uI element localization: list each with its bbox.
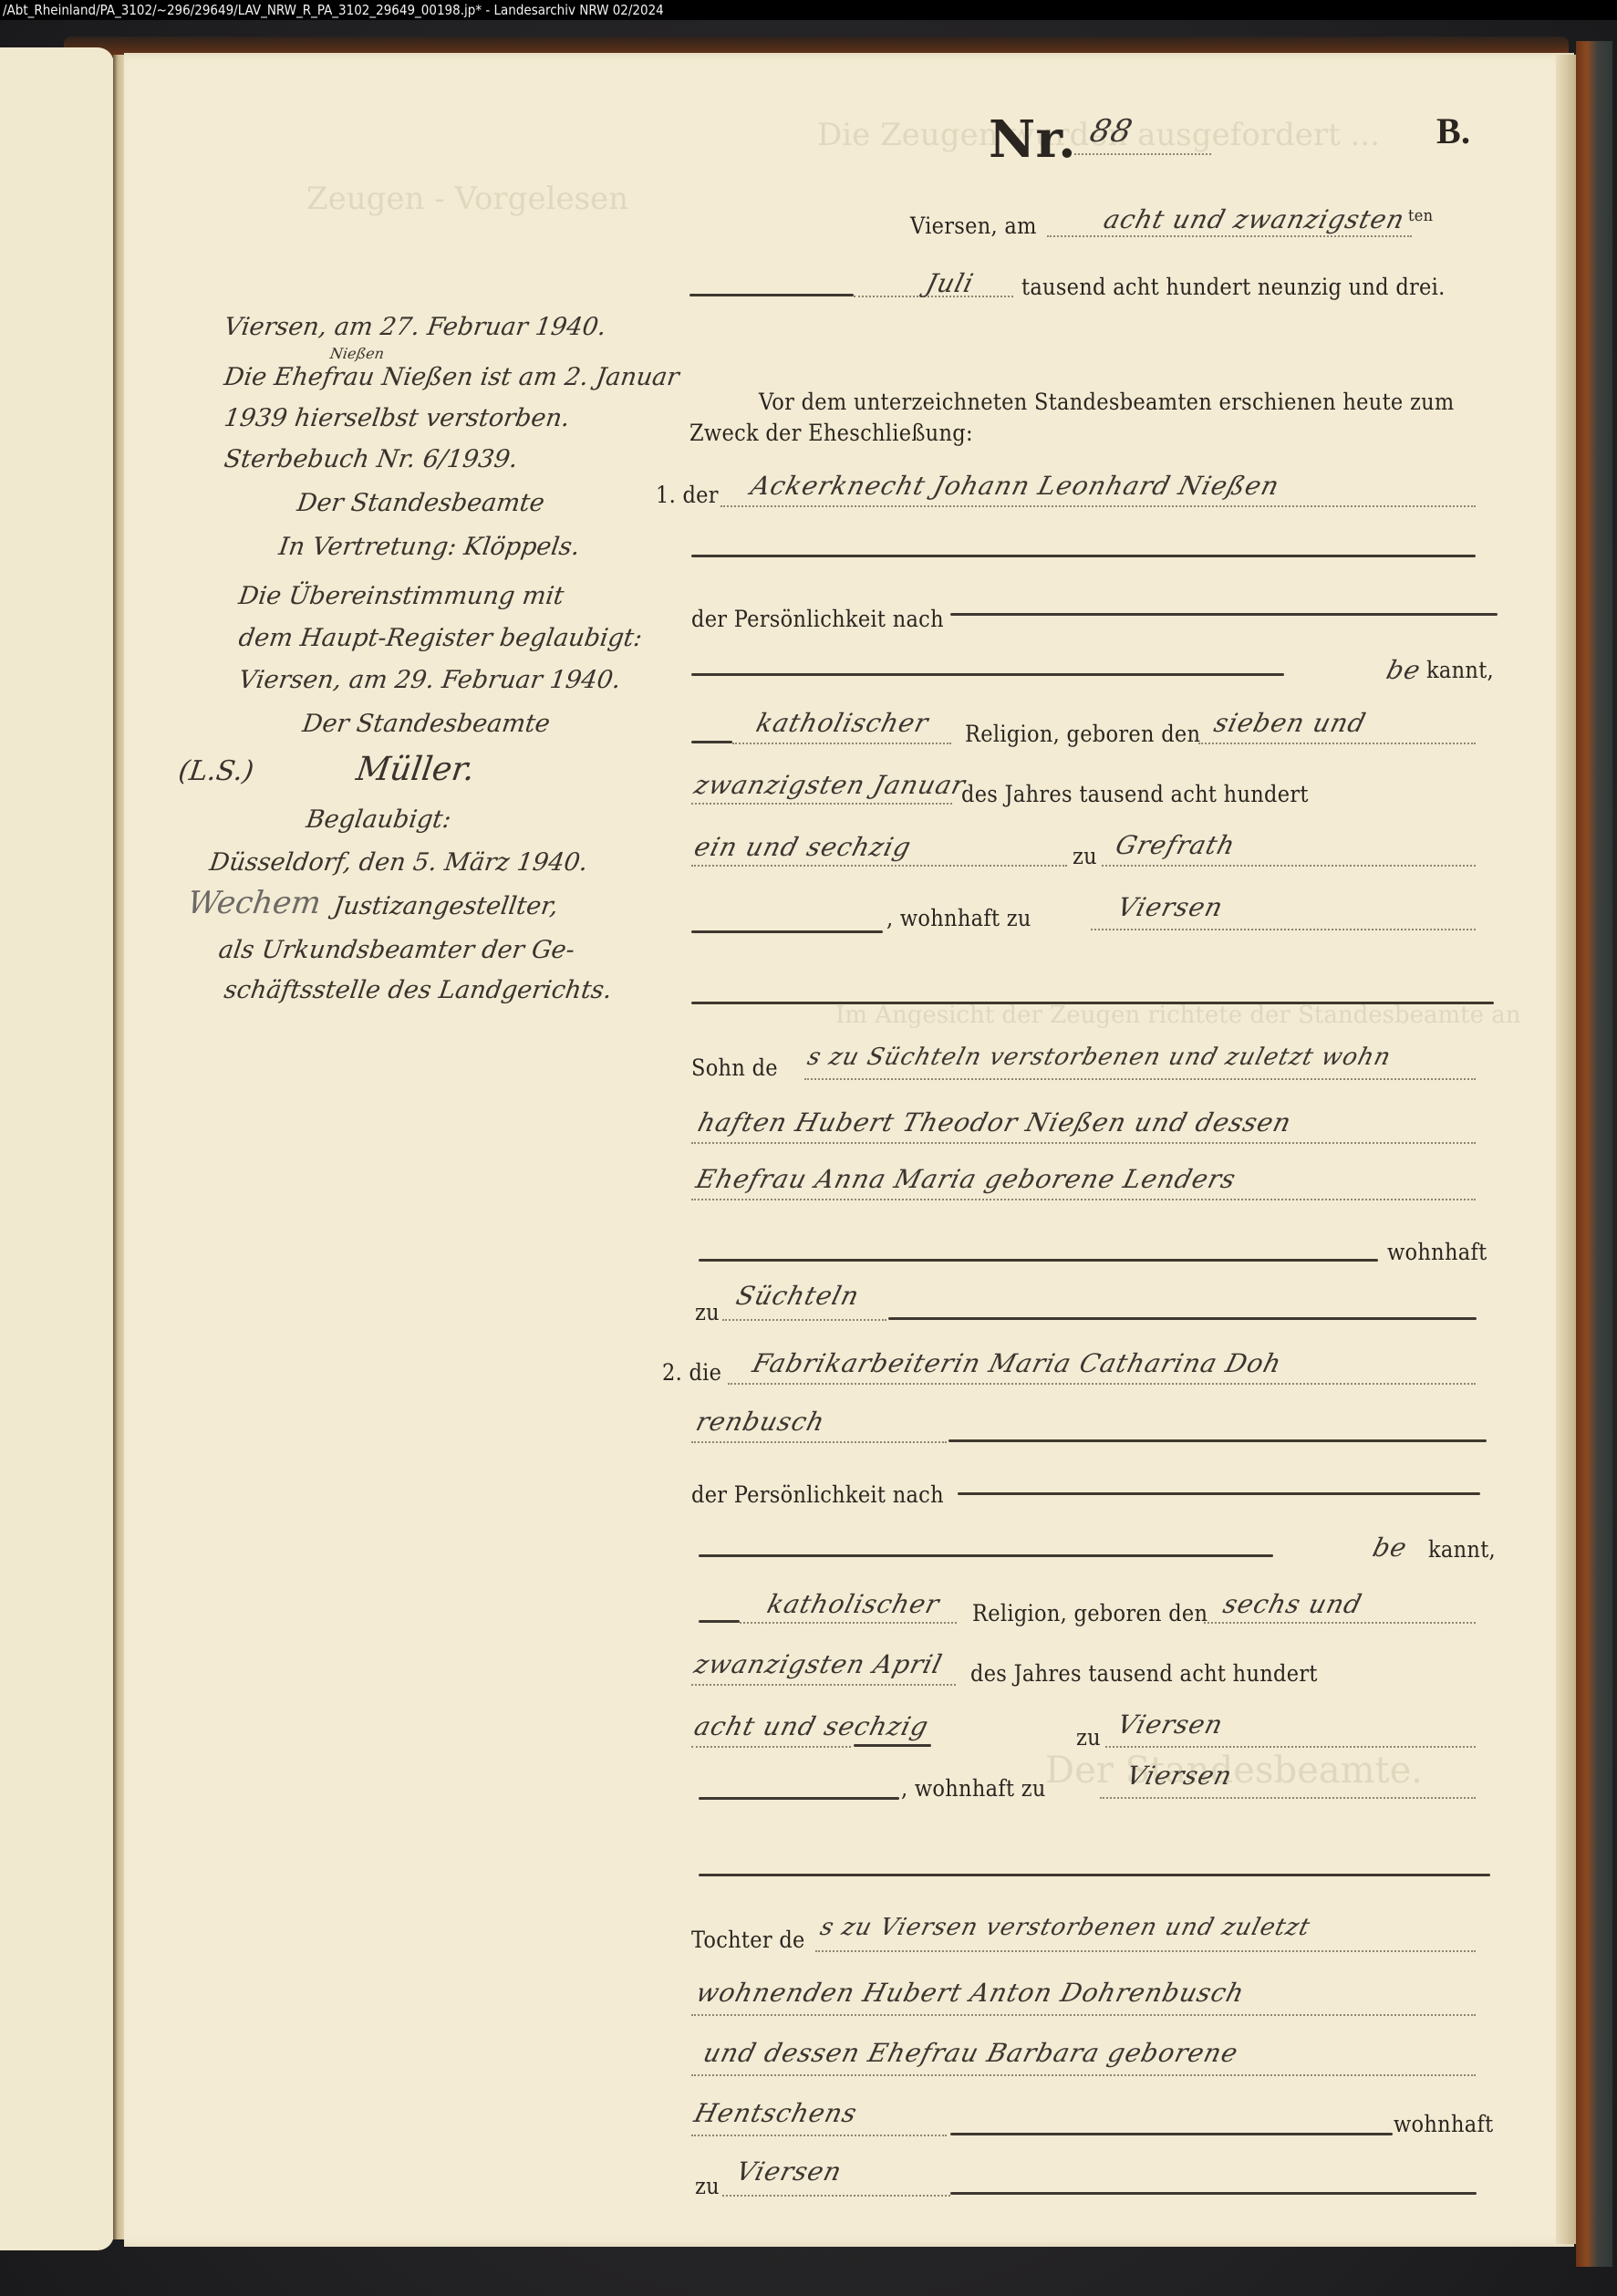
- place-label: Viersen, am: [910, 213, 1037, 239]
- margin-line: als Urkundsbeamter der Ge-: [217, 936, 576, 964]
- bride-residence-label: , wohnhaft zu: [901, 1775, 1046, 1802]
- groom-birthplace-value: Grefrath: [1113, 830, 1239, 860]
- margin-line: Justizangestellter,: [332, 892, 560, 920]
- groom-parents-residence-line: [699, 1259, 1378, 1262]
- intro-line-2: Zweck der Eheschließung:: [689, 420, 973, 446]
- groom-name-line-2: [691, 555, 1476, 557]
- bride-birthyear-value: acht und sechzig: [691, 1711, 932, 1741]
- bride-parents-value-2: wohnenden Hubert Anton Dohrenbusch: [693, 1978, 1248, 2008]
- groom-religion-value: katholischer: [753, 708, 932, 738]
- intro-line-1: Vor dem unterzeichneten Standesbeamten e…: [759, 389, 1455, 415]
- groom-residence-dash: [691, 930, 883, 933]
- day-value: acht und zwanzigsten: [1101, 204, 1408, 234]
- record-number-value: 88: [1086, 113, 1136, 150]
- bleed-through-text: Zeugen - Vorgelesen: [306, 181, 628, 217]
- groom-residence-value: Viersen: [1114, 892, 1227, 922]
- groom-parents-residence-value: Süchteln: [733, 1281, 863, 1311]
- groom-birthday-line-2: [691, 803, 952, 805]
- groom-residence-line: [1091, 929, 1476, 930]
- groom-name-value: Ackerknecht Johann Leonhard Nießen: [748, 471, 1283, 501]
- month-value: Juli: [923, 268, 977, 298]
- groom-parents-line-3: [691, 1199, 1476, 1200]
- margin-line: dem Haupt-Register beglaubigt:: [237, 624, 644, 652]
- margin-line: In Vertretung: Klöppels.: [277, 533, 582, 561]
- bleed-through-text: Der Standesbeamte.: [1045, 1750, 1423, 1792]
- bride-birthday-line-2: [691, 1684, 956, 1686]
- bride-birthplace-line: [1105, 1746, 1476, 1748]
- bride-identity-label: der Persönlichkeit nach: [691, 1481, 944, 1508]
- groom-residence-label: , wohnhaft zu: [886, 905, 1031, 931]
- bride-name-line-2: [691, 1441, 947, 1443]
- bride-identity-line: [958, 1492, 1480, 1495]
- groom-number-label: 1. der: [656, 482, 719, 508]
- groom-religion-label: Religion, geboren den: [965, 721, 1200, 747]
- margin-line: Die Übereinstimmung mit: [237, 582, 565, 610]
- bride-parents-residence-prefix: zu: [695, 2173, 720, 2199]
- register-page: Die Zeugen wurden ausgefordert ... Zeuge…: [124, 53, 1574, 2247]
- bride-birthday-line-1: [1204, 1622, 1476, 1624]
- bride-birthday-value-2: zwanzigsten April: [691, 1649, 946, 1679]
- bride-parents-town-line: [722, 2195, 950, 2197]
- margin-signature-mueller: Müller.: [354, 751, 477, 788]
- window-title: /Abt_Rheinland/PA_3102/~296/29649/LAV_NR…: [3, 2, 664, 18]
- bride-residence-line: [1100, 1797, 1476, 1799]
- bride-religion-line: [740, 1622, 957, 1624]
- bride-name-value-2: renbusch: [693, 1407, 828, 1437]
- bride-separator-line: [699, 1874, 1490, 1876]
- bride-parents-value-3: und dessen Ehefrau Barbara geborene: [700, 2038, 1241, 2068]
- bride-religion-value: katholischer: [764, 1589, 943, 1619]
- bride-birthyear-line: [691, 1746, 851, 1748]
- bride-number-label: 2. die: [662, 1359, 721, 1386]
- groom-identity-label: der Persönlichkeit nach: [691, 606, 944, 632]
- bride-residence-dash: [699, 1797, 899, 1800]
- margin-line: 1939 hierselbst verstorben.: [223, 404, 572, 432]
- bride-parents-residence-line: [950, 2133, 1393, 2135]
- bride-parents-line-1: [815, 1950, 1476, 1952]
- bride-birthplace-value: Viersen: [1114, 1709, 1227, 1740]
- bride-name-line-2-solid: [948, 1439, 1487, 1442]
- groom-parents-residence-prefix: zu: [695, 1299, 720, 1325]
- bride-residence-value: Viersen: [1124, 1761, 1236, 1791]
- bride-name-value-1: Fabrikarbeiterin Maria Catharina Doh: [750, 1348, 1285, 1378]
- margin-line: schäftsstelle des Landgerichts.: [223, 976, 614, 1004]
- groom-known-line: [691, 673, 1284, 676]
- groom-parents-line-1: [804, 1078, 1476, 1080]
- bride-parents-label: Tochter de: [691, 1927, 805, 1953]
- groom-parents-town-line-solid: [888, 1317, 1477, 1320]
- record-number-line: [1074, 153, 1211, 155]
- bleed-through-text: Im Angesicht der Zeugen richtete der Sta…: [835, 1002, 1521, 1029]
- register-letter: B.: [1436, 109, 1470, 152]
- window-title-bar: /Abt_Rheinland/PA_3102/~296/29649/LAV_NR…: [0, 0, 1617, 20]
- margin-line: Der Standesbeamte: [301, 710, 552, 738]
- groom-known-value: be: [1384, 655, 1425, 685]
- margin-inserted-word: Nießen: [329, 345, 386, 362]
- groom-parents-value-2: haften Hubert Theodor Nießen und dessen: [695, 1107, 1295, 1138]
- groom-known-label: kannt,: [1426, 657, 1494, 683]
- groom-birthplace-label: zu: [1073, 843, 1097, 869]
- groom-parents-label: Sohn de: [691, 1054, 778, 1081]
- groom-birthyear-value: ein und sechzig: [691, 832, 915, 862]
- bride-religion-label: Religion, geboren den: [972, 1600, 1208, 1626]
- left-page: [0, 47, 114, 2250]
- groom-birthyear-line: [691, 865, 1067, 867]
- bride-birthday-value-1: sechs und: [1220, 1589, 1365, 1619]
- groom-birthday-value-2: zwanzigsten Januar: [691, 770, 969, 800]
- margin-signature-clerk: Wechem: [185, 885, 323, 921]
- groom-parents-value-1: s zu Süchteln verstorbenen und zuletzt w…: [804, 1044, 1394, 1071]
- bride-name-line-1: [728, 1383, 1476, 1385]
- groom-birthplace-line: [1102, 865, 1476, 867]
- bride-known-label: kannt,: [1428, 1536, 1496, 1563]
- margin-line: Düsseldorf, den 5. März 1940.: [208, 848, 590, 877]
- groom-religion-dash: [691, 741, 732, 743]
- bride-birthyear-dash: [854, 1744, 931, 1747]
- margin-line: Der Standesbeamte: [295, 489, 546, 517]
- record-number-label: Nr.: [989, 109, 1076, 170]
- margin-line: Viersen, am 27. Februar 1940.: [223, 313, 608, 341]
- groom-separator-line: [691, 1002, 1494, 1004]
- bride-parents-line-3: [691, 2074, 1476, 2076]
- bride-known-line: [699, 1554, 1273, 1557]
- groom-parents-residence-label: wohnhaft: [1387, 1239, 1487, 1265]
- bride-year-label: des Jahres tausend acht hundert: [970, 1660, 1318, 1687]
- bride-birthplace-label: zu: [1076, 1724, 1101, 1751]
- bride-known-value: be: [1370, 1532, 1411, 1563]
- groom-birthday-value-1: sieben und: [1211, 708, 1370, 738]
- margin-line: Sterbebuch Nr. 6/1939.: [223, 445, 520, 473]
- bride-parents-residence-value: Viersen: [733, 2156, 845, 2187]
- margin-line: Viersen, am 29. Februar 1940.: [237, 666, 623, 694]
- groom-parents-line-2: [691, 1142, 1476, 1144]
- groom-birthday-line-1: [1198, 743, 1476, 744]
- page-stack-edge: [1556, 55, 1576, 2244]
- margin-line: Die Ehefrau Nießen ist am 2. Januar: [223, 363, 681, 391]
- day-line: [1047, 235, 1412, 237]
- groom-year-label: des Jahres tausend acht hundert: [961, 781, 1309, 807]
- year-text: tausend acht hundert neunzig und drei.: [1021, 274, 1446, 300]
- bride-parents-value-4: Hentschens: [691, 2098, 861, 2128]
- day-suffix: ten: [1408, 206, 1433, 225]
- book-cover-right-edge: [1576, 41, 1612, 2267]
- seal-mark: (L.S.): [177, 755, 256, 787]
- bride-parents-residence-label: wohnhaft: [1394, 2111, 1493, 2137]
- groom-identity-line: [950, 613, 1498, 616]
- groom-parents-value-3: Ehefrau Anna Maria geborene Lenders: [693, 1164, 1239, 1194]
- bride-parents-town-line-solid: [950, 2192, 1477, 2195]
- month-line-solid: [689, 294, 854, 296]
- groom-name-line: [720, 505, 1476, 507]
- bride-religion-dash: [699, 1620, 740, 1623]
- bride-parents-line-2: [691, 2014, 1476, 2016]
- groom-religion-line: [732, 743, 951, 744]
- bride-parents-line-4: [691, 2135, 947, 2136]
- groom-parents-town-line: [722, 1319, 886, 1321]
- bride-parents-value-1: s zu Viersen verstorbenen und zuletzt: [817, 1914, 1313, 1941]
- margin-line: Beglaubigt:: [305, 805, 453, 834]
